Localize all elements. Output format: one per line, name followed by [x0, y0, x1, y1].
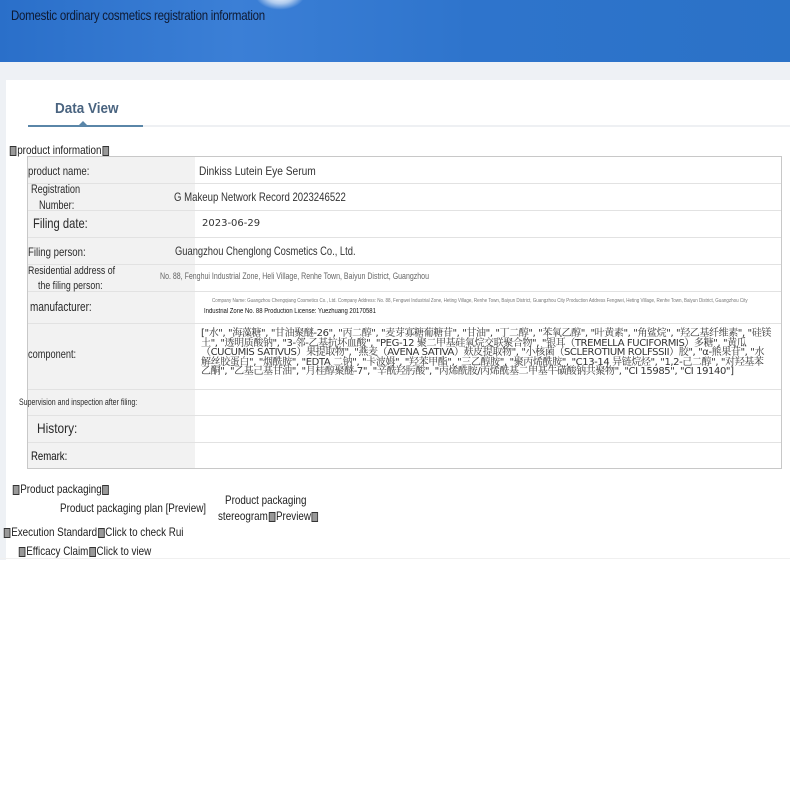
row-value: Dinkiss Lutein Eye Serum — [199, 164, 316, 178]
row-label: Registration — [31, 184, 80, 196]
section-product-information: product information — [9, 143, 110, 157]
row-label: manufacturer: — [30, 300, 92, 314]
bracket-box-icon — [98, 528, 105, 538]
efficacy-claim-link[interactable]: Click to view — [97, 544, 152, 558]
component-list: ["水", "海藻糖", "甘油聚醚-26", "丙二醇", "麦芽寡糖葡糖苷"… — [201, 329, 771, 377]
row-label: History: — [37, 420, 77, 436]
execution-standard-label: Execution Standard — [11, 525, 97, 539]
bracket-box-icon — [102, 146, 109, 156]
table-row-residential-address: Residential address of the filing person… — [28, 264, 781, 292]
row-value: No. 88, Fenghui Industrial Zone, Heli Vi… — [160, 271, 429, 281]
table-row-supervision: Supervision and inspection after filing: — [28, 389, 781, 416]
row-value: G Makeup Network Record 2023246522 — [174, 190, 346, 204]
section-title: Product packaging — [20, 482, 102, 496]
left-margin — [0, 80, 6, 560]
bracket-box-icon — [19, 547, 26, 557]
bracket-box-icon — [89, 547, 96, 557]
footer-divider — [0, 558, 790, 559]
packaging-stereogram-label: Product packaging — [225, 493, 307, 507]
tab-data-view[interactable]: Data View — [55, 100, 119, 117]
row-label: Filing person: — [28, 245, 86, 259]
tab-caret-icon — [79, 121, 87, 125]
table-row-history: History: — [28, 415, 781, 443]
row-label: product name: — [28, 164, 89, 178]
bracket-box-icon — [269, 512, 276, 522]
table-row-filing-date: Filing date: 2023-06-29 — [28, 210, 781, 238]
table-row-remark: Remark: — [28, 442, 781, 468]
table-row-manufacturer: manufacturer: Company Name: Guangzhou Ch… — [28, 291, 781, 324]
bracket-box-icon — [4, 528, 11, 538]
row-value: Industrial Zone No. 88 Production Licens… — [204, 308, 376, 315]
page-title: Domestic ordinary cosmetics registration… — [11, 7, 265, 23]
section-product-packaging: Product packaging — [12, 482, 110, 496]
bracket-box-icon — [312, 512, 319, 522]
packaging-stereogram-preview-link[interactable]: stereogramPreview — [218, 509, 319, 523]
header-divider — [0, 62, 790, 80]
row-label: Remark: — [31, 449, 67, 463]
table-row-product-name: product name: Dinkiss Lutein Eye Serum — [28, 157, 781, 184]
tab-bar-divider — [143, 125, 790, 127]
row-value: 2023-06-29 — [202, 218, 260, 229]
tab-active-indicator — [28, 125, 143, 127]
packaging-plan-preview-link[interactable]: Product packaging plan [Preview] — [60, 501, 206, 515]
table-row-registration-number: Registration Number: G Makeup Network Re… — [28, 183, 781, 211]
stereogram-label: stereogram — [218, 509, 268, 523]
table-row-filing-person: Filing person: Guangzhou Chenglong Cosme… — [28, 237, 781, 265]
execution-standard-row: Execution StandardClick to check Rui — [3, 525, 184, 539]
efficacy-claim-label: Efficacy Claim — [26, 544, 88, 558]
page-header: Domestic ordinary cosmetics registration… — [0, 0, 790, 62]
efficacy-claim-row: Efficacy ClaimClick to view — [18, 544, 151, 558]
row-label: Supervision and inspection after filing: — [19, 397, 137, 407]
row-label: component: — [28, 349, 76, 361]
product-info-table: product name: Dinkiss Lutein Eye Serum R… — [27, 156, 782, 469]
bracket-box-icon — [103, 485, 110, 495]
bracket-box-icon — [10, 146, 17, 156]
row-value: Guangzhou Chenglong Cosmetics Co., Ltd. — [175, 244, 356, 258]
row-value: Company Name: Guangzhou Chengqiang Cosme… — [212, 298, 748, 304]
row-label: Residential address of — [28, 265, 115, 277]
preview-link-text[interactable]: Preview — [276, 509, 311, 523]
row-label: Filing date: — [33, 215, 88, 231]
execution-standard-link[interactable]: Click to check Rui — [105, 525, 183, 539]
bracket-box-icon — [13, 485, 20, 495]
section-title: product information — [17, 143, 101, 157]
